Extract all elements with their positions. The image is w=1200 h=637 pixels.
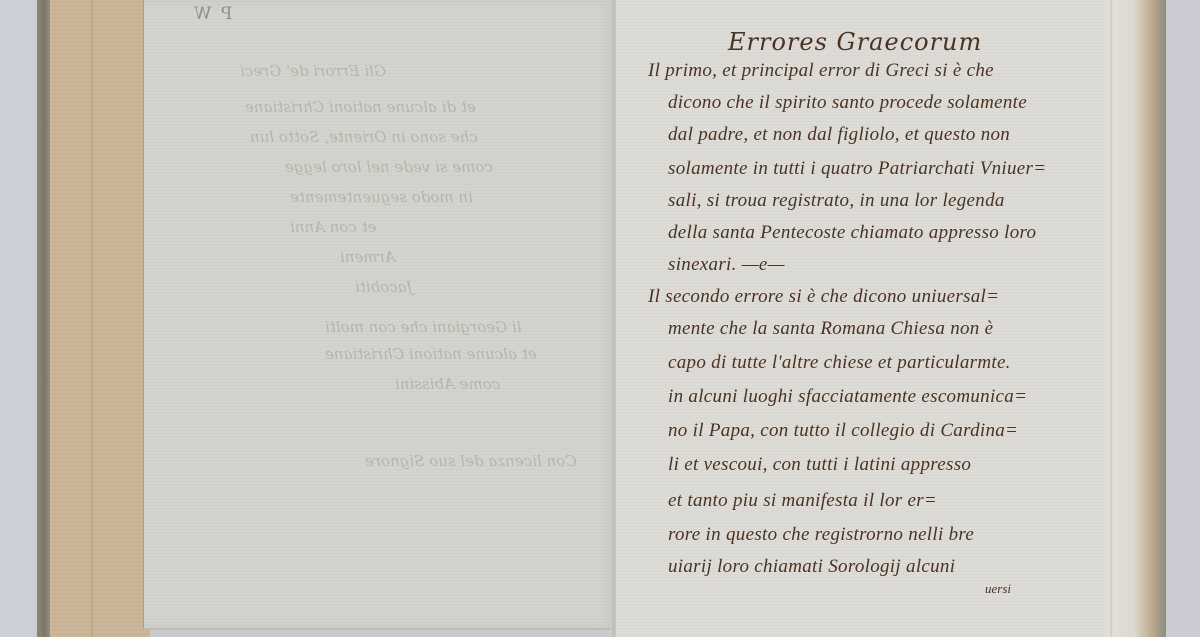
bleed-through-line: et alcune nationi Christiane	[325, 345, 537, 363]
cardboard-cover	[50, 0, 150, 637]
manuscript-line: sinexari. —e—	[668, 254, 785, 276]
catchword: uersi	[985, 581, 1011, 597]
bleed-through-line: li Georgiani che con molti	[325, 318, 521, 336]
manuscript-line: della santa Pentecoste chiamato appresso…	[668, 222, 1036, 244]
bleed-through-line: che sono in Oriente, Sotto lun	[250, 128, 478, 146]
bleed-through-line: Con licenza del suo Signore	[365, 452, 577, 470]
manuscript-line: et tanto piu si manifesta il lor er=	[668, 490, 937, 512]
bleed-through-line: come Abissini	[395, 375, 500, 393]
bleed-through-line: Gli Errori de' Greci	[240, 62, 386, 80]
manuscript-line: capo di tutte l'altre chiese et particul…	[668, 352, 1011, 374]
manuscript-line: dicono che il spirito santo procede sola…	[668, 92, 1027, 114]
manuscript-line: rore in questo che registrorno nelli bre	[668, 524, 974, 546]
manuscript-line: dal padre, et non dal figliolo, et quest…	[668, 124, 1010, 146]
manuscript-line: solamente in tutti i quatro Patriarchati…	[668, 158, 1046, 180]
manuscript-line: in alcuni luoghi sfacciatamente escomuni…	[668, 386, 1027, 408]
bleed-through-line: et di alcune nationi Christiane	[245, 98, 476, 116]
binding-edge	[37, 0, 50, 637]
manuscript-line: mente che la santa Romana Chiesa non è	[668, 318, 993, 340]
scan-background-left	[0, 0, 37, 637]
manuscript-line: uiarij loro chiamati Sorologij alcuni	[668, 556, 955, 578]
scan-background-right	[1166, 0, 1200, 637]
shelfmark: P W	[192, 4, 232, 24]
page-title: Errores Graecorum	[728, 28, 982, 56]
bleed-through-line: come si vede nel loro legge	[285, 158, 493, 176]
left-page-verso	[143, 0, 616, 630]
bleed-through-line: in modo seguentemente	[290, 188, 473, 206]
bleed-through-line: Armeni	[340, 248, 396, 266]
manuscript-line: Il secondo errore si è che dicono uniuer…	[648, 286, 999, 308]
manuscript-line: sali, si troua registrato, in una lor le…	[668, 190, 1005, 212]
manuscript-line: no il Papa, con tutto il collegio di Car…	[668, 420, 1018, 442]
cover-fold-line	[91, 0, 93, 637]
manuscript-line: Il primo, et principal error di Greci si…	[648, 60, 994, 82]
bleed-through-line: et con Anni	[290, 218, 376, 236]
bleed-through-line: Jacobiti	[355, 278, 413, 296]
manuscript-line: li et vescoui, con tutti i latini appres…	[668, 454, 971, 476]
page-edges	[1104, 0, 1166, 637]
